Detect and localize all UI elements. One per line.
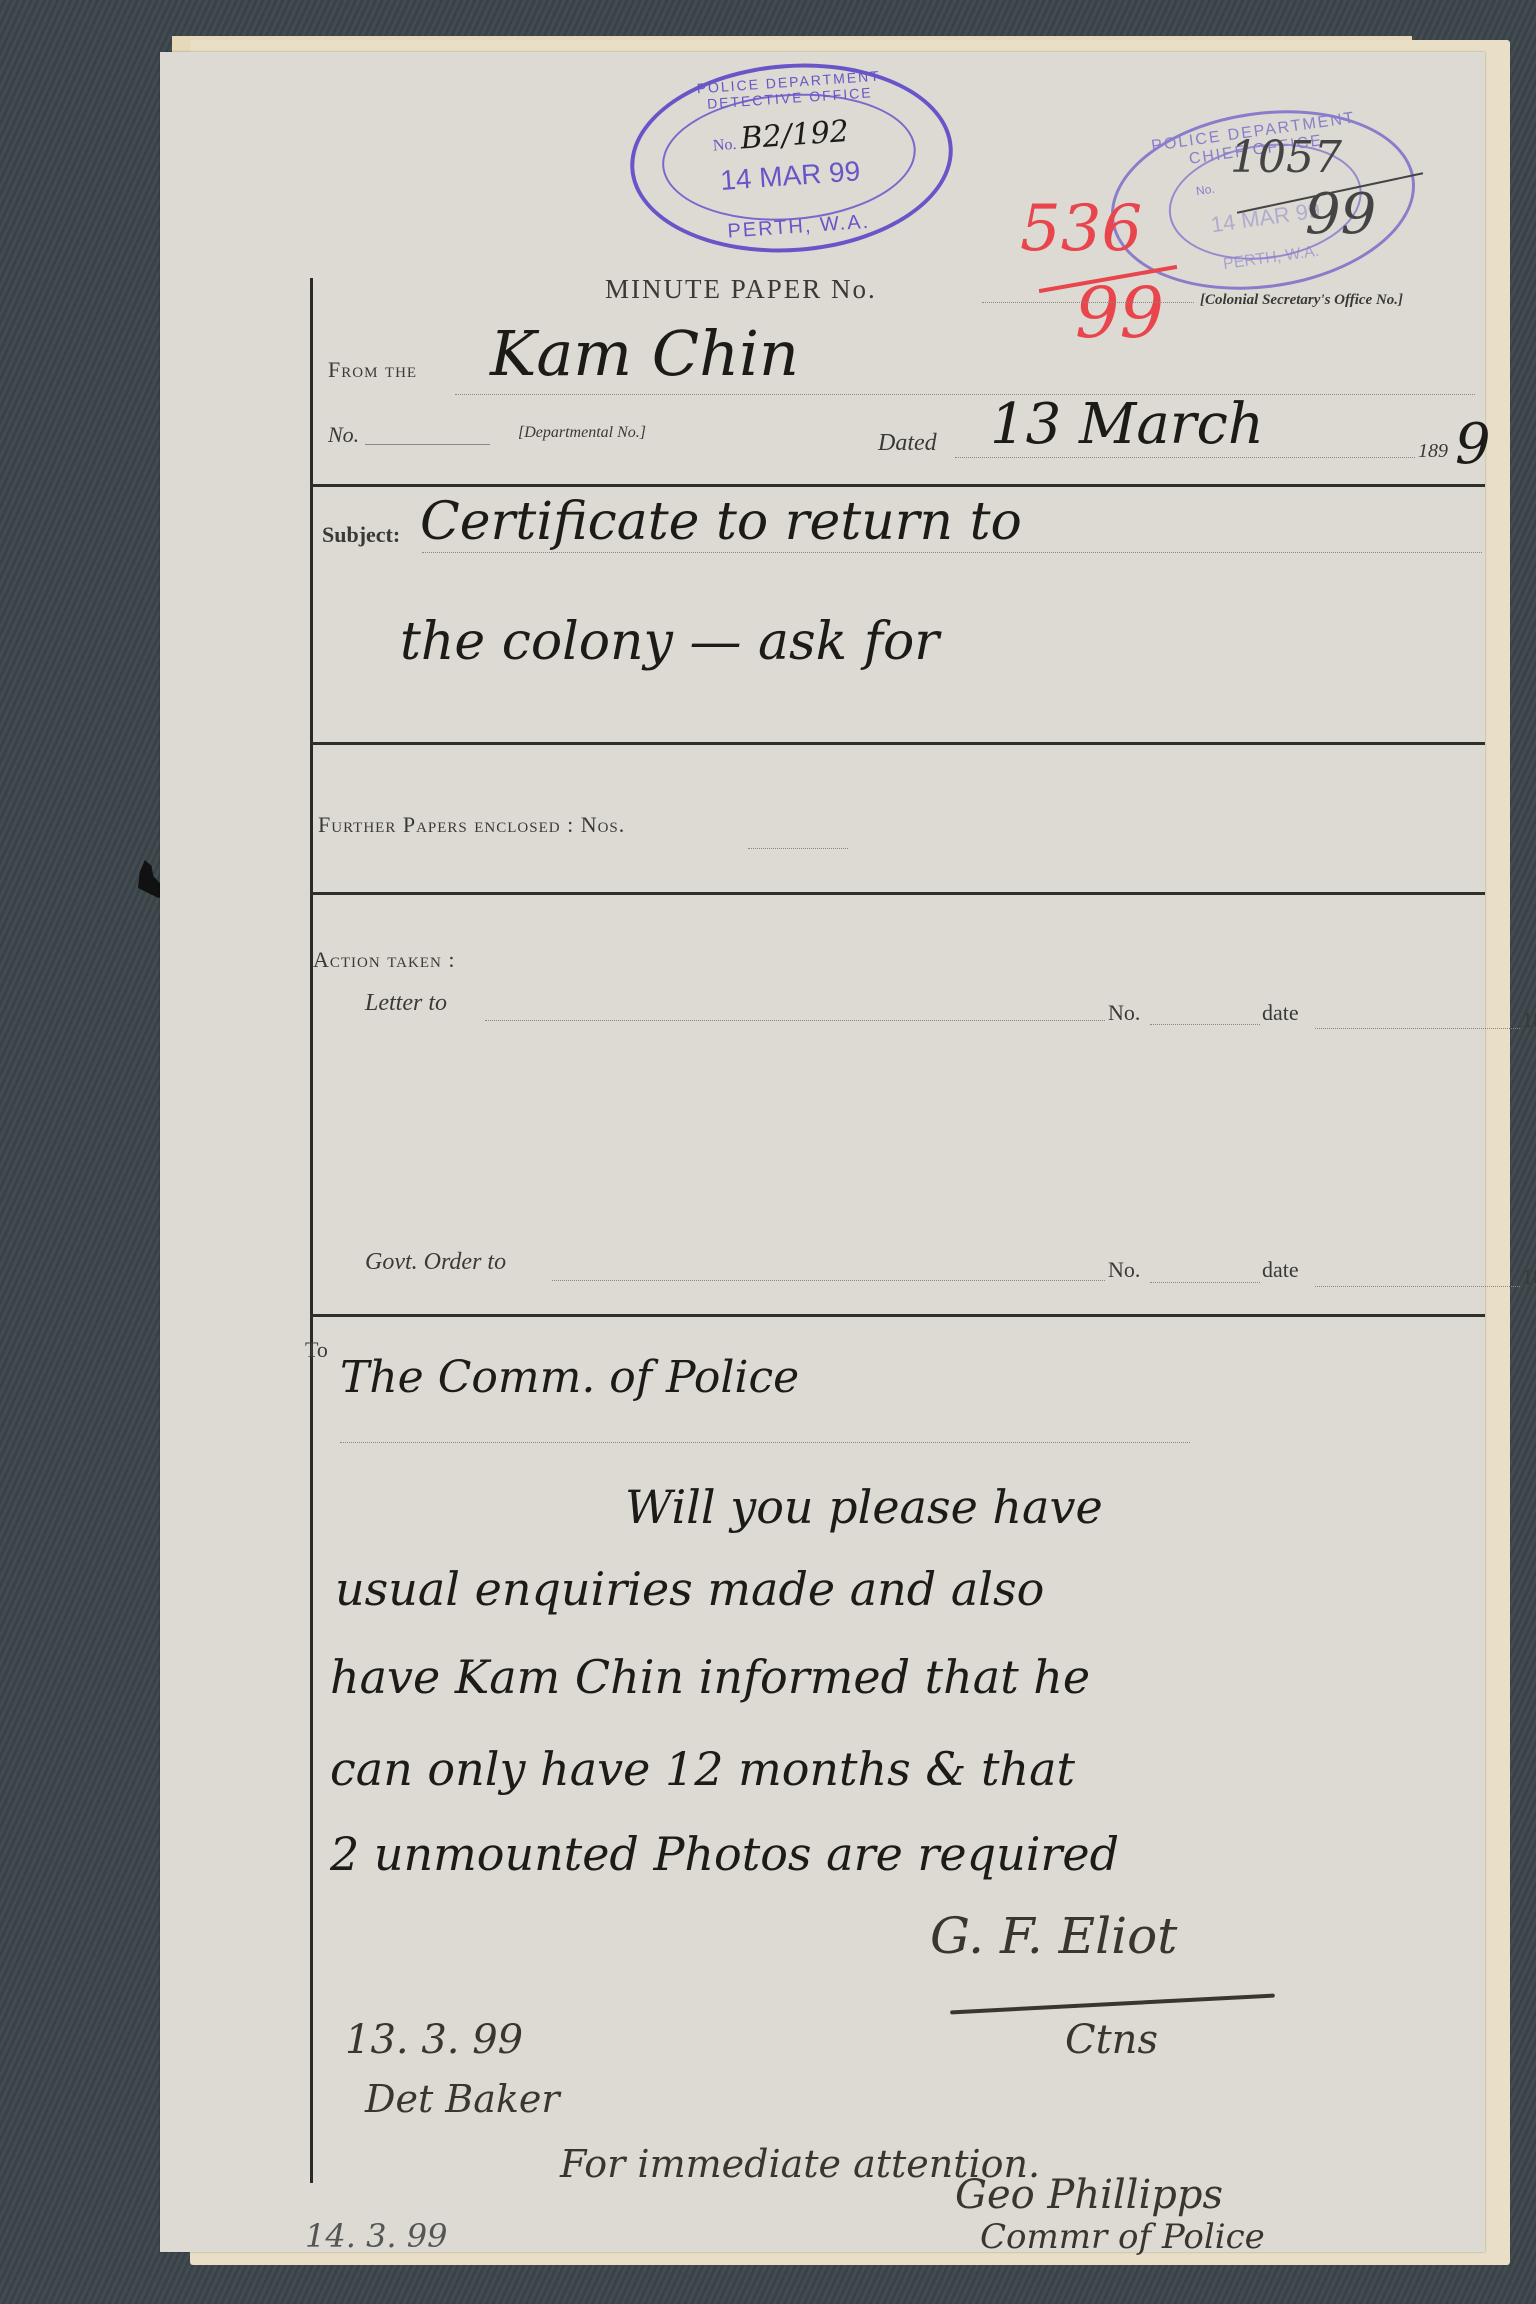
- to-label: To: [305, 1337, 328, 1363]
- govt-order-label: Govt. Order to: [365, 1249, 506, 1276]
- colonial-secretary-number-bottom: 99: [1305, 182, 1376, 247]
- minute-line-5: 2 unmounted Photos are required: [330, 1827, 1119, 1881]
- stamp-no-label: No.: [1195, 182, 1215, 198]
- year-suffix: 9: [1455, 412, 1491, 477]
- from-line: [455, 394, 1475, 395]
- letter-date-label: date: [1262, 1000, 1299, 1026]
- to-value: The Comm. of Police: [340, 1352, 799, 1403]
- from-value: Kam Chin: [490, 317, 799, 390]
- dated-value: 13 March: [990, 392, 1264, 457]
- letter-to-line: [485, 1020, 1105, 1021]
- dated-label: Dated: [878, 430, 937, 457]
- to-line: [340, 1442, 1190, 1443]
- minute-line-3: have Kam Chin informed that he: [330, 1650, 1090, 1704]
- govt-date-label: date: [1262, 1257, 1299, 1283]
- stamp-no-label: No.: [712, 136, 737, 155]
- letter-year-label: 189: [1522, 1007, 1536, 1033]
- letter-to-label: Letter to: [365, 990, 447, 1017]
- colonial-secretary-number-top: 1057: [1230, 132, 1342, 183]
- eliot-title: Ctns: [1065, 2017, 1158, 2063]
- rule-after-header: [310, 484, 1485, 487]
- govt-date-line: [1315, 1286, 1520, 1287]
- letter-date-line: [1315, 1028, 1520, 1029]
- eliot-signature: G. F. Eliot: [930, 1907, 1177, 1965]
- colonial-secretary-label: [Colonial Secretary's Office No.]: [1200, 292, 1403, 309]
- subject-line: [422, 552, 1482, 553]
- govt-year-label: 189: [1522, 1264, 1536, 1290]
- referral-to: Det Baker: [365, 2077, 560, 2121]
- further-papers-label: Further Papers enclosed : Nos.: [318, 812, 625, 838]
- minute-date: 13. 3. 99: [345, 2017, 523, 2063]
- final-date: 14. 3. 99: [305, 2217, 447, 2255]
- red-file-number-top: 536: [1020, 192, 1142, 266]
- letter-no-line: [1150, 1024, 1260, 1025]
- detective-office-stamp: POLICE DEPARTMENT DETECTIVE OFFICE No. B…: [624, 53, 959, 263]
- letter-no-label: No.: [1108, 1000, 1140, 1026]
- signature-underline: [950, 1993, 1275, 2014]
- subject-label: Subject:: [322, 522, 400, 548]
- rule-after-further-papers: [310, 892, 1485, 895]
- minute-paper: POLICE DEPARTMENT DETECTIVE OFFICE No. B…: [160, 52, 1485, 2252]
- commissioner-title: Commr of Police: [980, 2217, 1265, 2257]
- minute-line-1: Will you please have: [625, 1480, 1103, 1534]
- departmental-no-line: [365, 444, 490, 445]
- minute-number-line: [982, 302, 1194, 303]
- govt-no-label: No.: [1108, 1257, 1140, 1283]
- rule-after-subject: [310, 742, 1485, 745]
- red-file-number-bottom: 99: [1075, 272, 1164, 354]
- minute-line-4: can only have 12 months & that: [330, 1742, 1075, 1796]
- no-label: No.: [328, 422, 359, 448]
- form-title: MINUTE PAPER No.: [605, 274, 877, 305]
- from-label: From the: [328, 357, 417, 383]
- subject-line-1: Certificate to return to: [420, 492, 1022, 552]
- rule-after-action-taken: [310, 1314, 1485, 1317]
- year-prefix: 189: [1418, 440, 1448, 463]
- subject-line-2: the colony — ask for: [400, 612, 939, 672]
- minute-line-2: usual enquiries made and also: [335, 1562, 1044, 1616]
- departmental-no-label: [Departmental No.]: [518, 424, 646, 442]
- commissioner-signature: Geo Phillipps: [955, 2172, 1223, 2218]
- dated-line: [955, 457, 1415, 458]
- govt-order-line: [552, 1280, 1105, 1281]
- further-papers-line: [748, 848, 848, 849]
- form-left-rule: [310, 278, 313, 2183]
- govt-no-line: [1150, 1282, 1260, 1283]
- action-taken-label: Action taken :: [313, 947, 455, 973]
